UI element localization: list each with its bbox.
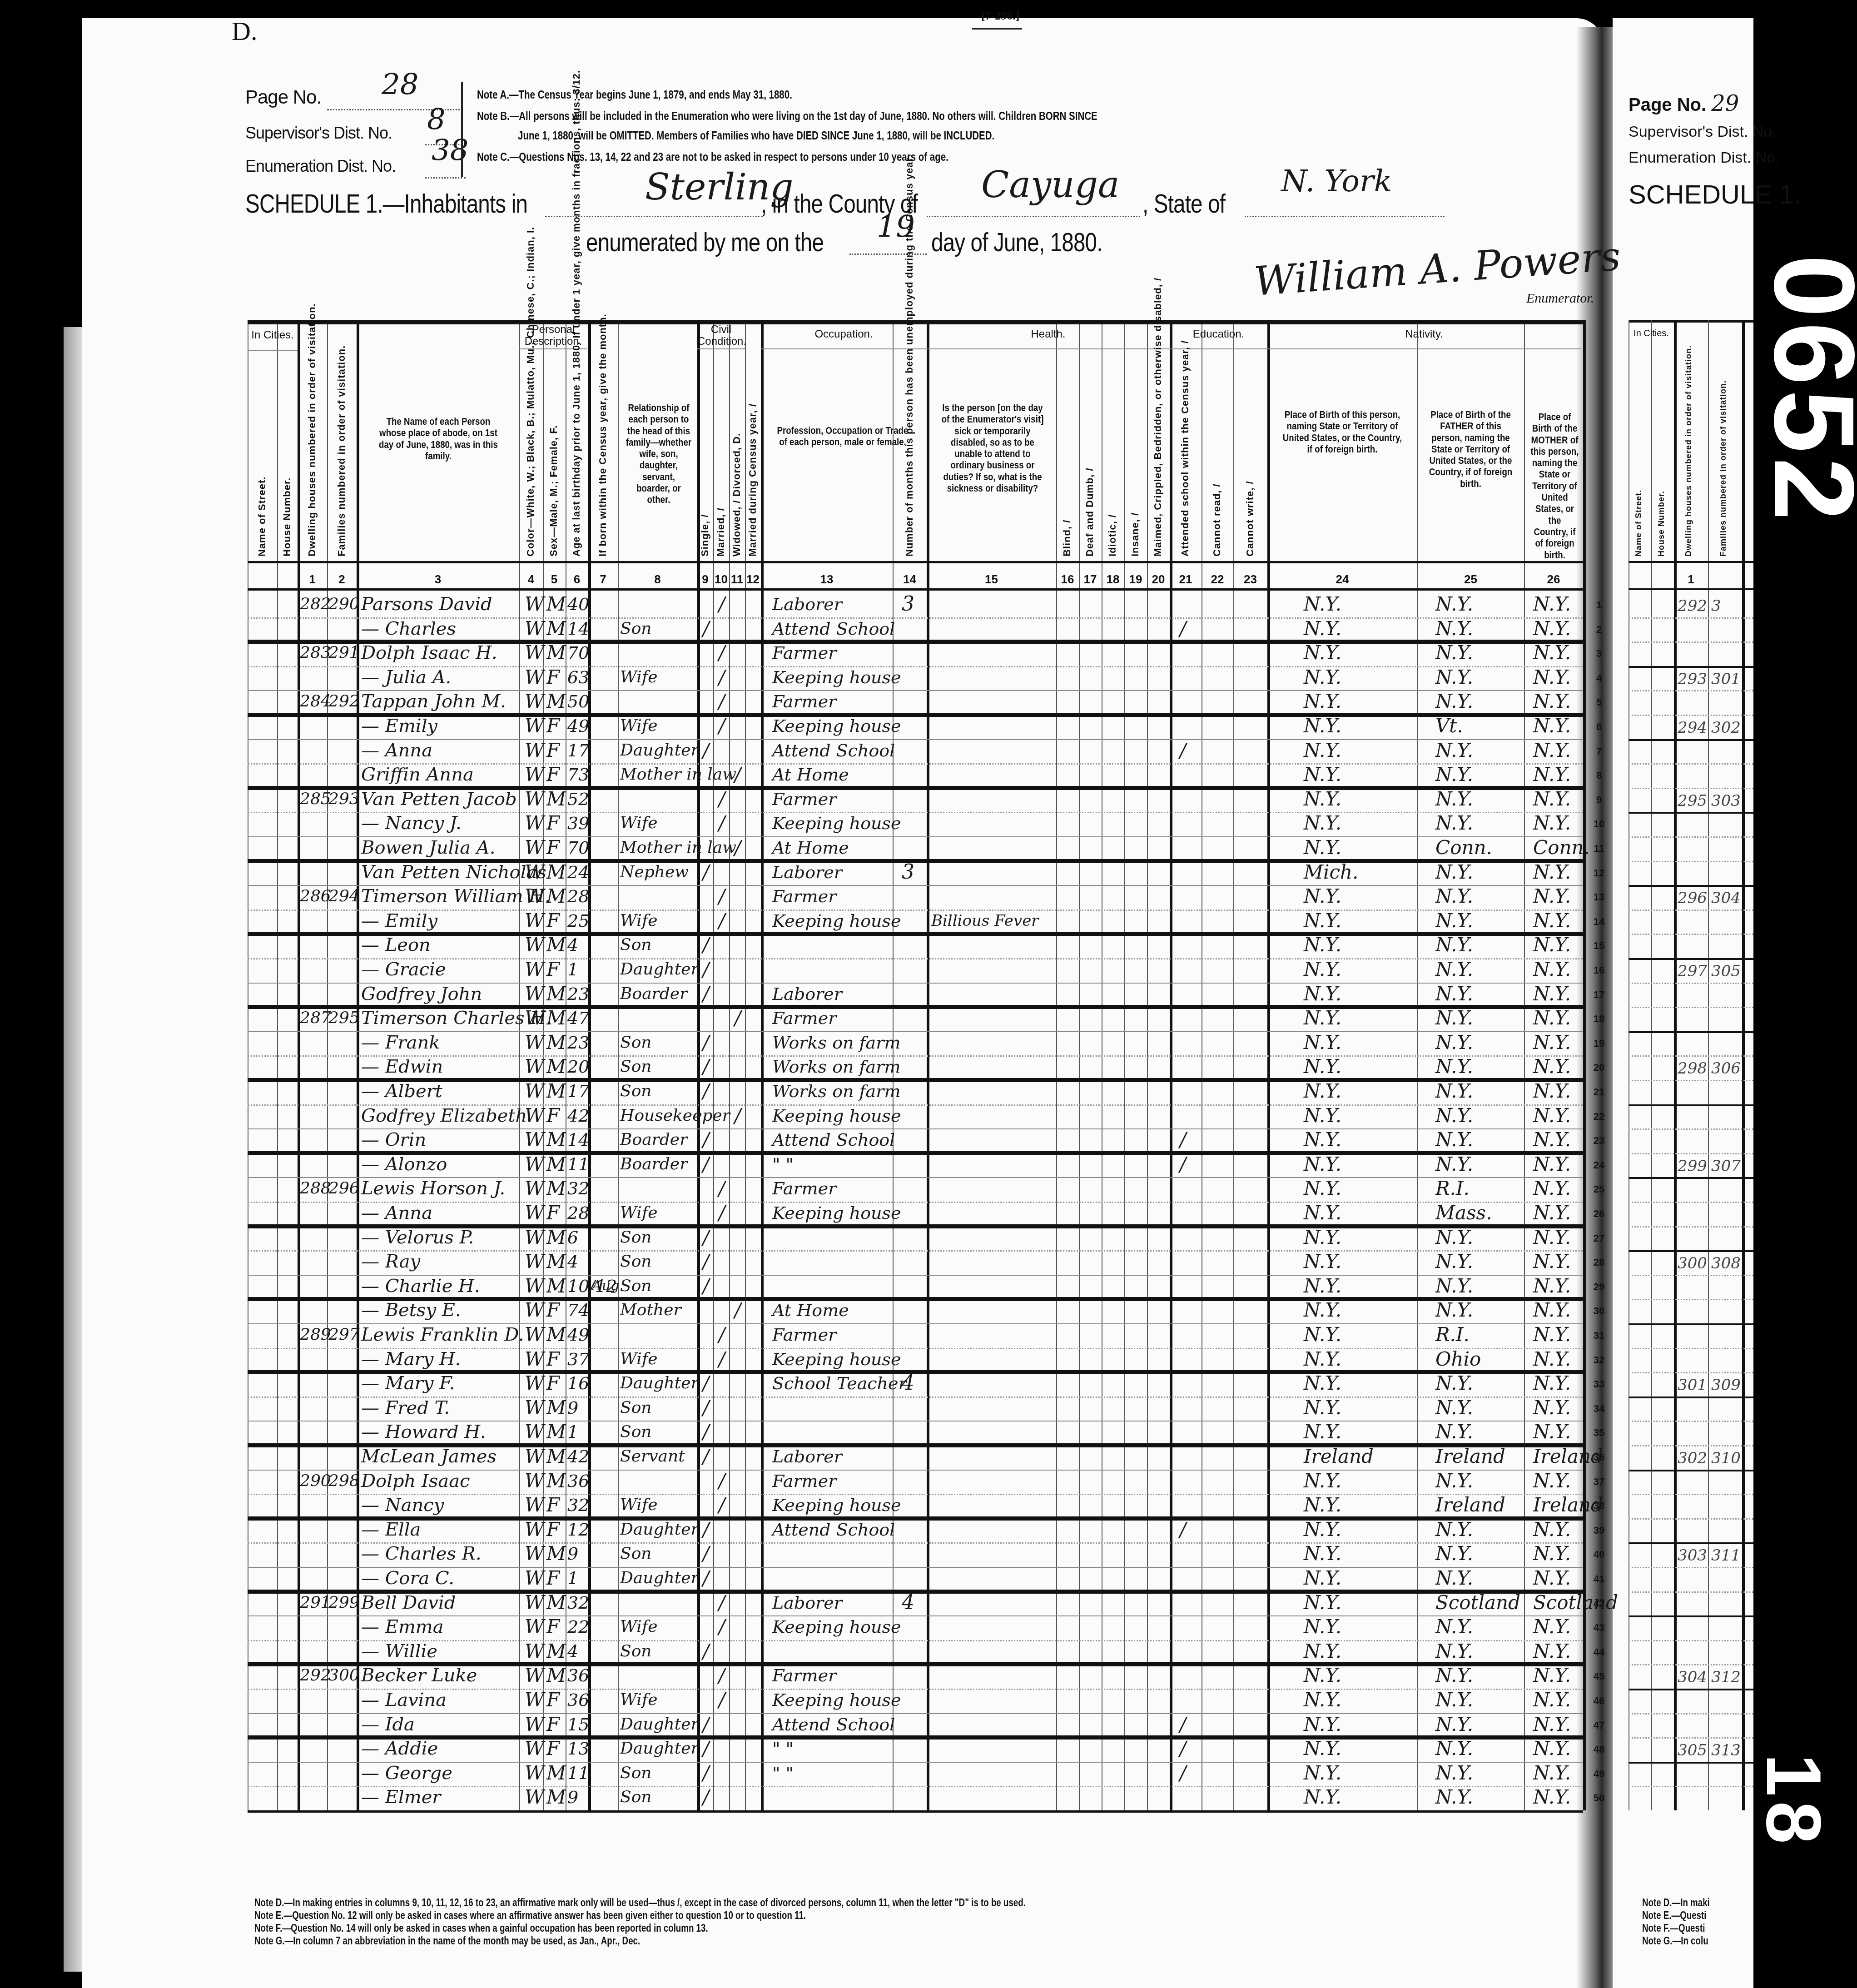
sex: M: [546, 1590, 565, 1616]
relationship: Wife: [620, 1614, 700, 1640]
mother-birthplace: N.Y.: [1533, 761, 1588, 788]
family-number: 298: [328, 1468, 358, 1494]
relationship: Boarder: [620, 981, 700, 1007]
person-name: Dolph Isaac H.: [361, 640, 522, 666]
birthplace: N.Y.: [1304, 761, 1413, 788]
adjacent-schedule-label: SCHEDULE 1.: [1629, 179, 1801, 210]
row-rule: [1629, 1007, 1753, 1008]
mother-birthplace: N.Y.: [1533, 1029, 1588, 1056]
birthplace: N.Y.: [1304, 1175, 1413, 1202]
occupation: Laborer: [772, 1443, 927, 1470]
birthplace: N.Y.: [1304, 1297, 1413, 1323]
column-number: 12: [745, 572, 761, 586]
adjacent-family-header: Families numbered in order of visitation…: [1718, 348, 1728, 557]
occupation: Keeping house: [772, 908, 927, 934]
father-birthplace: N.Y.: [1435, 786, 1535, 812]
birthplace: N.Y.: [1304, 640, 1413, 666]
sex: M: [546, 616, 565, 642]
married-mark: /: [719, 713, 732, 739]
row-number: 31: [1590, 1330, 1608, 1342]
row-rule: [1629, 1104, 1753, 1106]
row-rule: [1629, 1323, 1753, 1325]
person-name: Becker Luke: [361, 1662, 522, 1689]
father-birthplace: N.Y.: [1435, 810, 1535, 836]
occupation: Laborer: [772, 981, 927, 1007]
birthplace: N.Y.: [1304, 1127, 1413, 1153]
person-name: — Elmer: [361, 1784, 522, 1810]
occupation: Farmer: [772, 883, 927, 910]
row-number: 17: [1590, 989, 1608, 1001]
row-rule: [1629, 1518, 1753, 1520]
sex: F: [546, 835, 565, 861]
age: 17: [567, 1078, 589, 1104]
sex: F: [546, 1103, 565, 1129]
color: W: [525, 956, 543, 983]
occupation: Keeping house: [772, 664, 927, 691]
birthplace: N.Y.: [1304, 1078, 1413, 1104]
row-number: 26: [1590, 1208, 1608, 1220]
column-rule: [1651, 320, 1652, 1810]
adjacent-family-number: 302: [1711, 715, 1743, 741]
father-birthplace: N.Y.: [1435, 1273, 1535, 1299]
birthplace: N.Y.: [1304, 1103, 1413, 1129]
table-row: 290298Dolph IsaacWM36/FarmerN.Y.N.Y.N.Y.…: [248, 1470, 1583, 1494]
person-name: — Ella: [361, 1516, 522, 1543]
sex: M: [546, 1273, 565, 1299]
sex: M: [546, 1029, 565, 1056]
sex: M: [546, 1443, 565, 1470]
column-header-c4: Color—White, W.; Black, B.; Mulatto, Mu.…: [525, 357, 536, 557]
single-mark: /: [703, 1516, 716, 1543]
table-row: Van Petten NicholasWM24Nephew/Laborer3Mi…: [248, 861, 1583, 885]
color: W: [525, 810, 543, 836]
person-name: — Nancy: [361, 1492, 522, 1518]
row-rule: [1629, 1348, 1753, 1349]
age: 32: [567, 1175, 589, 1202]
occupation: " ": [772, 1735, 927, 1762]
person-name: Dolph Isaac: [361, 1468, 522, 1494]
state-name: N. York: [1281, 164, 1392, 199]
row-rule: [1629, 1128, 1753, 1130]
adjacent-family-number: 307: [1711, 1153, 1743, 1179]
family-number: 293: [328, 786, 358, 812]
father-birthplace: N.Y.: [1435, 1760, 1535, 1786]
column-header-house: House Number.: [281, 411, 293, 557]
row-rule: [1629, 641, 1753, 643]
table-row: — OrinWM14Boarder/Attend School/N.Y.N.Y.…: [248, 1128, 1583, 1153]
person-name: — Charles R.: [361, 1541, 522, 1567]
person-name: Lewis Horson J.: [361, 1175, 522, 1202]
relationship: Son: [620, 1054, 700, 1080]
adjacent-note: Note G.—In colu: [1642, 1935, 1708, 1948]
color: W: [525, 1638, 543, 1665]
row-number: 3: [1590, 648, 1608, 660]
birthplace: N.Y.: [1304, 835, 1413, 861]
father-birthplace: Vt.: [1435, 713, 1535, 739]
married-mark: /: [719, 1614, 732, 1640]
occupation: Farmer: [772, 640, 927, 666]
adjacent-family-number: 301: [1711, 666, 1743, 692]
person-name: Van Petten Nicholas: [361, 859, 522, 885]
adjacent-page-number-label: Page No. 29: [1629, 91, 1801, 116]
column-number: 18: [1102, 572, 1124, 586]
sex: M: [546, 640, 565, 666]
color: W: [525, 981, 543, 1007]
birthplace: N.Y.: [1304, 1565, 1413, 1591]
column-header-c17: Deaf and Dumb, /: [1084, 434, 1096, 557]
father-birthplace: N.Y.: [1435, 1370, 1535, 1397]
mother-birthplace: N.Y.: [1533, 664, 1588, 691]
sex: F: [546, 810, 565, 836]
single-mark: /: [703, 956, 716, 983]
person-name: — Fred T.: [361, 1395, 522, 1421]
married-mark: /: [719, 688, 732, 715]
column-header-c9: Single, /: [699, 447, 711, 557]
column-number: 19: [1124, 572, 1147, 586]
age: 28: [567, 1200, 589, 1226]
relationship: Son: [620, 932, 700, 958]
colnum-bottom-rule: [248, 588, 1583, 591]
mother-birthplace: N.Y.: [1533, 1103, 1588, 1129]
adjacent-family-number: 313: [1711, 1737, 1743, 1764]
person-name: — Lavina: [361, 1687, 522, 1713]
sex: F: [546, 1297, 565, 1323]
color: W: [525, 1248, 543, 1275]
birthplace: N.Y.: [1304, 1541, 1413, 1567]
single-mark: /: [703, 932, 716, 958]
person-name: — Charlie H.: [361, 1273, 522, 1299]
group-header-education: Education.: [1170, 328, 1267, 340]
color: W: [525, 1711, 543, 1738]
row-rule: [1629, 763, 1753, 765]
sex: F: [546, 1735, 565, 1762]
row-rule: [1629, 934, 1753, 935]
column-number: 1: [1674, 572, 1708, 586]
row-number: 10: [1590, 818, 1608, 830]
row-number: 6: [1590, 721, 1608, 733]
birthplace: N.Y.: [1304, 908, 1413, 934]
row-rule: [1629, 1591, 1753, 1593]
age: 50: [567, 688, 589, 715]
age: 42: [567, 1103, 589, 1129]
sex: M: [546, 786, 565, 812]
row-number: 33: [1590, 1378, 1608, 1390]
column-number: 20: [1147, 572, 1170, 586]
color: W: [525, 737, 543, 764]
mother-birthplace: N.Y.: [1533, 1127, 1588, 1153]
single-mark: /: [703, 1541, 716, 1567]
father-birthplace: N.Y.: [1435, 859, 1535, 885]
column-number: 3: [357, 572, 519, 586]
color: W: [525, 1735, 543, 1762]
relationship: Daughter: [620, 1565, 700, 1591]
row-number: 30: [1590, 1305, 1608, 1317]
relationship: Wife: [620, 664, 700, 691]
relationship: Son: [620, 1273, 700, 1299]
widowed-mark: /: [735, 835, 748, 861]
father-birthplace: Mass.: [1435, 1200, 1535, 1226]
column-number: 6: [566, 572, 588, 586]
table-row: — Charlie H.WM10/12AugSon/N.Y.N.Y.N.Y.29: [248, 1275, 1583, 1299]
months-unemployed: 4: [902, 1370, 924, 1397]
table-row: — LeonWM4Son/N.Y.N.Y.N.Y.15: [248, 934, 1583, 958]
single-mark: /: [703, 1248, 716, 1275]
family-number: 300: [328, 1662, 358, 1689]
color: W: [525, 1078, 543, 1104]
occupation: Farmer: [772, 786, 927, 812]
page-number-value: 28: [382, 68, 418, 102]
column-header-c21: Attended school within the Census year, …: [1179, 375, 1191, 557]
person-name: — Ida: [361, 1711, 522, 1738]
relationship: Wife: [620, 908, 700, 934]
row-number: 4: [1590, 672, 1608, 684]
birthplace: N.Y.: [1304, 1711, 1413, 1738]
father-birthplace: R.I.: [1435, 1175, 1535, 1202]
adjacent-dwelling-number: 301: [1678, 1372, 1709, 1398]
row-number: 21: [1590, 1086, 1608, 1098]
age: 16: [567, 1370, 589, 1397]
married-mark: /: [719, 1687, 732, 1713]
group-rule: [1267, 348, 1581, 349]
attended-school-mark: /: [1180, 1711, 1198, 1738]
adjacent-supervisor-label: Supervisor's Dist. No.: [1629, 123, 1801, 141]
row-number: 47: [1590, 1720, 1608, 1731]
color: W: [525, 616, 543, 642]
father-birthplace: N.Y.: [1435, 1541, 1535, 1567]
single-mark: /: [703, 1127, 716, 1153]
single-mark: /: [703, 1443, 716, 1470]
table-row: — EmmaWF22Wife/Keeping houseN.Y.N.Y.N.Y.…: [248, 1615, 1583, 1640]
birthplace: Ireland: [1304, 1443, 1413, 1470]
relationship: Son: [620, 1224, 700, 1251]
family-number: 297: [328, 1322, 358, 1348]
dwelling-number: 285: [300, 786, 329, 812]
person-name: — Anna: [361, 1200, 522, 1226]
age: 17: [567, 737, 589, 764]
occupation: Farmer: [772, 1175, 927, 1202]
column-header-c24: Place of Birth of this person, naming St…: [1281, 409, 1404, 455]
color: W: [525, 1395, 543, 1421]
age: 36: [567, 1662, 589, 1689]
occupation: Farmer: [772, 1468, 927, 1494]
birthplace: N.Y.: [1304, 1151, 1413, 1178]
age: 14: [567, 616, 589, 642]
adjacent-dwelling-number: 303: [1678, 1542, 1709, 1569]
column-header-street: Name of Street.: [256, 411, 268, 557]
sex: F: [546, 908, 565, 934]
birthplace: N.Y.: [1304, 688, 1413, 715]
occupation: At Home: [772, 835, 927, 861]
color: W: [525, 1273, 543, 1299]
occupation: At Home: [772, 761, 927, 788]
father-birthplace: Ohio: [1435, 1346, 1535, 1372]
table-row: — EmilyWF49Wife/Keeping houseN.Y.Vt.N.Y.…: [248, 715, 1583, 739]
months-unemployed: 3: [902, 591, 924, 617]
table-row: 292300Becker LukeWM36/FarmerN.Y.N.Y.N.Y.…: [248, 1664, 1583, 1689]
adjacent-family-number: 311: [1711, 1542, 1743, 1569]
birthplace: N.Y.: [1304, 883, 1413, 910]
age: 6: [567, 1224, 589, 1251]
father-birthplace: N.Y.: [1435, 737, 1535, 764]
father-birthplace: N.Y.: [1435, 616, 1535, 642]
sex: M: [546, 1468, 565, 1494]
birthplace: N.Y.: [1304, 616, 1413, 642]
table-top-rule: [1629, 320, 1753, 323]
row-number: 8: [1590, 770, 1608, 781]
header-bottom-rule: [248, 561, 1583, 563]
adjacent-dwelling-number: 297: [1678, 958, 1709, 984]
row-number: 46: [1590, 1695, 1608, 1707]
colnum-bottom-rule: [1629, 588, 1753, 590]
column-header-c23: Cannot write, /: [1244, 434, 1256, 557]
column-header-c19: Insane, /: [1129, 457, 1141, 557]
row-number: 14: [1590, 916, 1608, 928]
birthplace: N.Y.: [1304, 1419, 1413, 1445]
mother-birthplace: N.Y.: [1533, 688, 1588, 715]
age: 37: [567, 1346, 589, 1372]
enumeration-district-value: 38: [432, 134, 468, 168]
single-mark: /: [703, 1419, 716, 1445]
sex: M: [546, 1248, 565, 1275]
father-birthplace: N.Y.: [1435, 1395, 1535, 1421]
table-row: — ElmerWM9Son/N.Y.N.Y.N.Y.50: [248, 1786, 1583, 1810]
adjacent-family-number: 310: [1711, 1445, 1743, 1471]
color: W: [525, 1662, 543, 1689]
father-birthplace: Ireland: [1435, 1443, 1535, 1470]
color: W: [525, 1516, 543, 1543]
color: W: [525, 640, 543, 666]
married-mark: /: [719, 664, 732, 691]
group-header-nativity: Nativity.: [1267, 328, 1581, 340]
single-mark: /: [703, 1273, 716, 1299]
age: 15: [567, 1711, 589, 1738]
father-birthplace: N.Y.: [1435, 1224, 1535, 1251]
table-row: 287295Timerson Charles H.WM47/FarmerN.Y.…: [248, 1007, 1583, 1031]
row-number: 2: [1590, 624, 1608, 636]
attended-school-mark: /: [1180, 1735, 1198, 1762]
attended-school-mark: /: [1180, 737, 1198, 764]
color: W: [525, 1103, 543, 1129]
adjacent-family-number: 3: [1711, 593, 1743, 619]
mother-birthplace: N.Y.: [1533, 859, 1588, 885]
sex: M: [546, 1175, 565, 1202]
age: 23: [567, 981, 589, 1007]
mother-birthplace: N.Y.: [1533, 1784, 1588, 1810]
age: 4: [567, 1248, 589, 1275]
mother-birthplace: N.Y.: [1533, 786, 1588, 812]
adjacent-census-table: In Cities.Name of Street.House Number.Dw…: [1629, 320, 1753, 1810]
attended-school-mark: /: [1180, 1151, 1198, 1178]
relationship: Daughter: [620, 956, 700, 983]
mother-birthplace: N.Y.: [1533, 737, 1588, 764]
column-number: 15: [927, 572, 1056, 586]
father-birthplace: N.Y.: [1435, 1565, 1535, 1591]
person-name: Van Petten Jacob: [361, 786, 522, 812]
widowed-mark: /: [735, 1103, 748, 1129]
attended-school-mark: /: [1180, 1516, 1198, 1543]
mother-birthplace: N.Y.: [1533, 1078, 1588, 1104]
column-number: 4: [519, 572, 543, 586]
table-row: — Howard H.WM1Son/N.Y.N.Y.N.Y.35: [248, 1421, 1583, 1445]
single-mark: /: [703, 1151, 716, 1178]
single-mark: /: [703, 1078, 716, 1104]
relationship: Son: [620, 1248, 700, 1275]
row-number: 16: [1590, 964, 1608, 976]
table-row: — Nancy J.WF39Wife/Keeping houseN.Y.N.Y.…: [248, 812, 1583, 836]
table-row: — LavinaWF36Wife/Keeping houseN.Y.N.Y.N.…: [248, 1689, 1583, 1713]
color: W: [525, 1419, 543, 1445]
mother-birthplace: N.Y.: [1533, 1297, 1588, 1323]
mother-birthplace: N.Y.: [1533, 1151, 1588, 1178]
sex: M: [546, 1760, 565, 1786]
father-birthplace: N.Y.: [1435, 1638, 1535, 1665]
color: W: [525, 1565, 543, 1591]
sex: M: [546, 1662, 565, 1689]
enumeration-date-line: enumerated by me on the 19 day of June, …: [586, 227, 1267, 268]
single-mark: /: [703, 1565, 716, 1591]
person-name: — Betsy E.: [361, 1297, 522, 1323]
relationship: Housekeeper: [620, 1103, 700, 1129]
color: W: [525, 664, 543, 691]
mother-birthplace: N.Y.: [1533, 640, 1588, 666]
column-header-c5: Sex—Male, M.; Female, F.: [548, 357, 560, 557]
family-number: 292: [328, 688, 358, 715]
sex: M: [546, 1395, 565, 1421]
row-number: 29: [1590, 1281, 1608, 1293]
father-birthplace: N.Y.: [1435, 1468, 1535, 1494]
person-name: Bell David: [361, 1590, 522, 1616]
mother-birthplace: N.Y.: [1533, 908, 1588, 934]
row-rule: [1629, 836, 1753, 838]
sex: M: [546, 591, 565, 617]
color: W: [525, 859, 543, 885]
group-header-occupation: Occupation.: [761, 328, 927, 340]
column-number: 14: [893, 572, 927, 586]
relationship: Son: [620, 616, 700, 642]
archive-roll-mark: 18: [1749, 1754, 1838, 1849]
sex: F: [546, 664, 565, 691]
birthplace: N.Y.: [1304, 1370, 1413, 1397]
column-header-c3: The Name of each Person whose place of a…: [377, 416, 500, 462]
relationship: Daughter: [620, 1711, 700, 1738]
age: 11: [567, 1151, 589, 1178]
mother-birthplace: N.Y.: [1533, 1054, 1588, 1080]
relationship: Son: [620, 1419, 700, 1445]
person-name: — Emma: [361, 1614, 522, 1640]
column-number: 24: [1267, 572, 1417, 586]
mother-birthplace: N.Y.: [1533, 932, 1588, 958]
age: 9: [567, 1784, 589, 1810]
father-birthplace: N.Y.: [1435, 1711, 1535, 1738]
father-birthplace: N.Y.: [1435, 1078, 1535, 1104]
enumeration-district-field: Enumeration Dist. No. 38: [245, 157, 463, 176]
column-header-c25: Place of Birth of the FATHER of this per…: [1427, 409, 1514, 489]
table-bottom-rule: [248, 1810, 1583, 1813]
note-b: Note B.—All persons will be included in …: [477, 110, 1097, 123]
table-row: — AnnaWF17Daughter/Attend School/N.Y.N.Y…: [248, 739, 1583, 764]
column-number: 9: [697, 572, 713, 586]
birthplace: N.Y.: [1304, 1346, 1413, 1372]
row-number: 1: [1590, 599, 1608, 611]
row-number: 22: [1590, 1111, 1608, 1123]
person-name: Godfrey John: [361, 981, 522, 1007]
birthplace: N.Y.: [1304, 1029, 1413, 1056]
widowed-mark: /: [735, 1005, 748, 1031]
father-birthplace: N.Y.: [1435, 1127, 1535, 1153]
family-number: 291: [328, 640, 358, 666]
person-name: — Leon: [361, 932, 522, 958]
row-number: 39: [1590, 1525, 1608, 1536]
